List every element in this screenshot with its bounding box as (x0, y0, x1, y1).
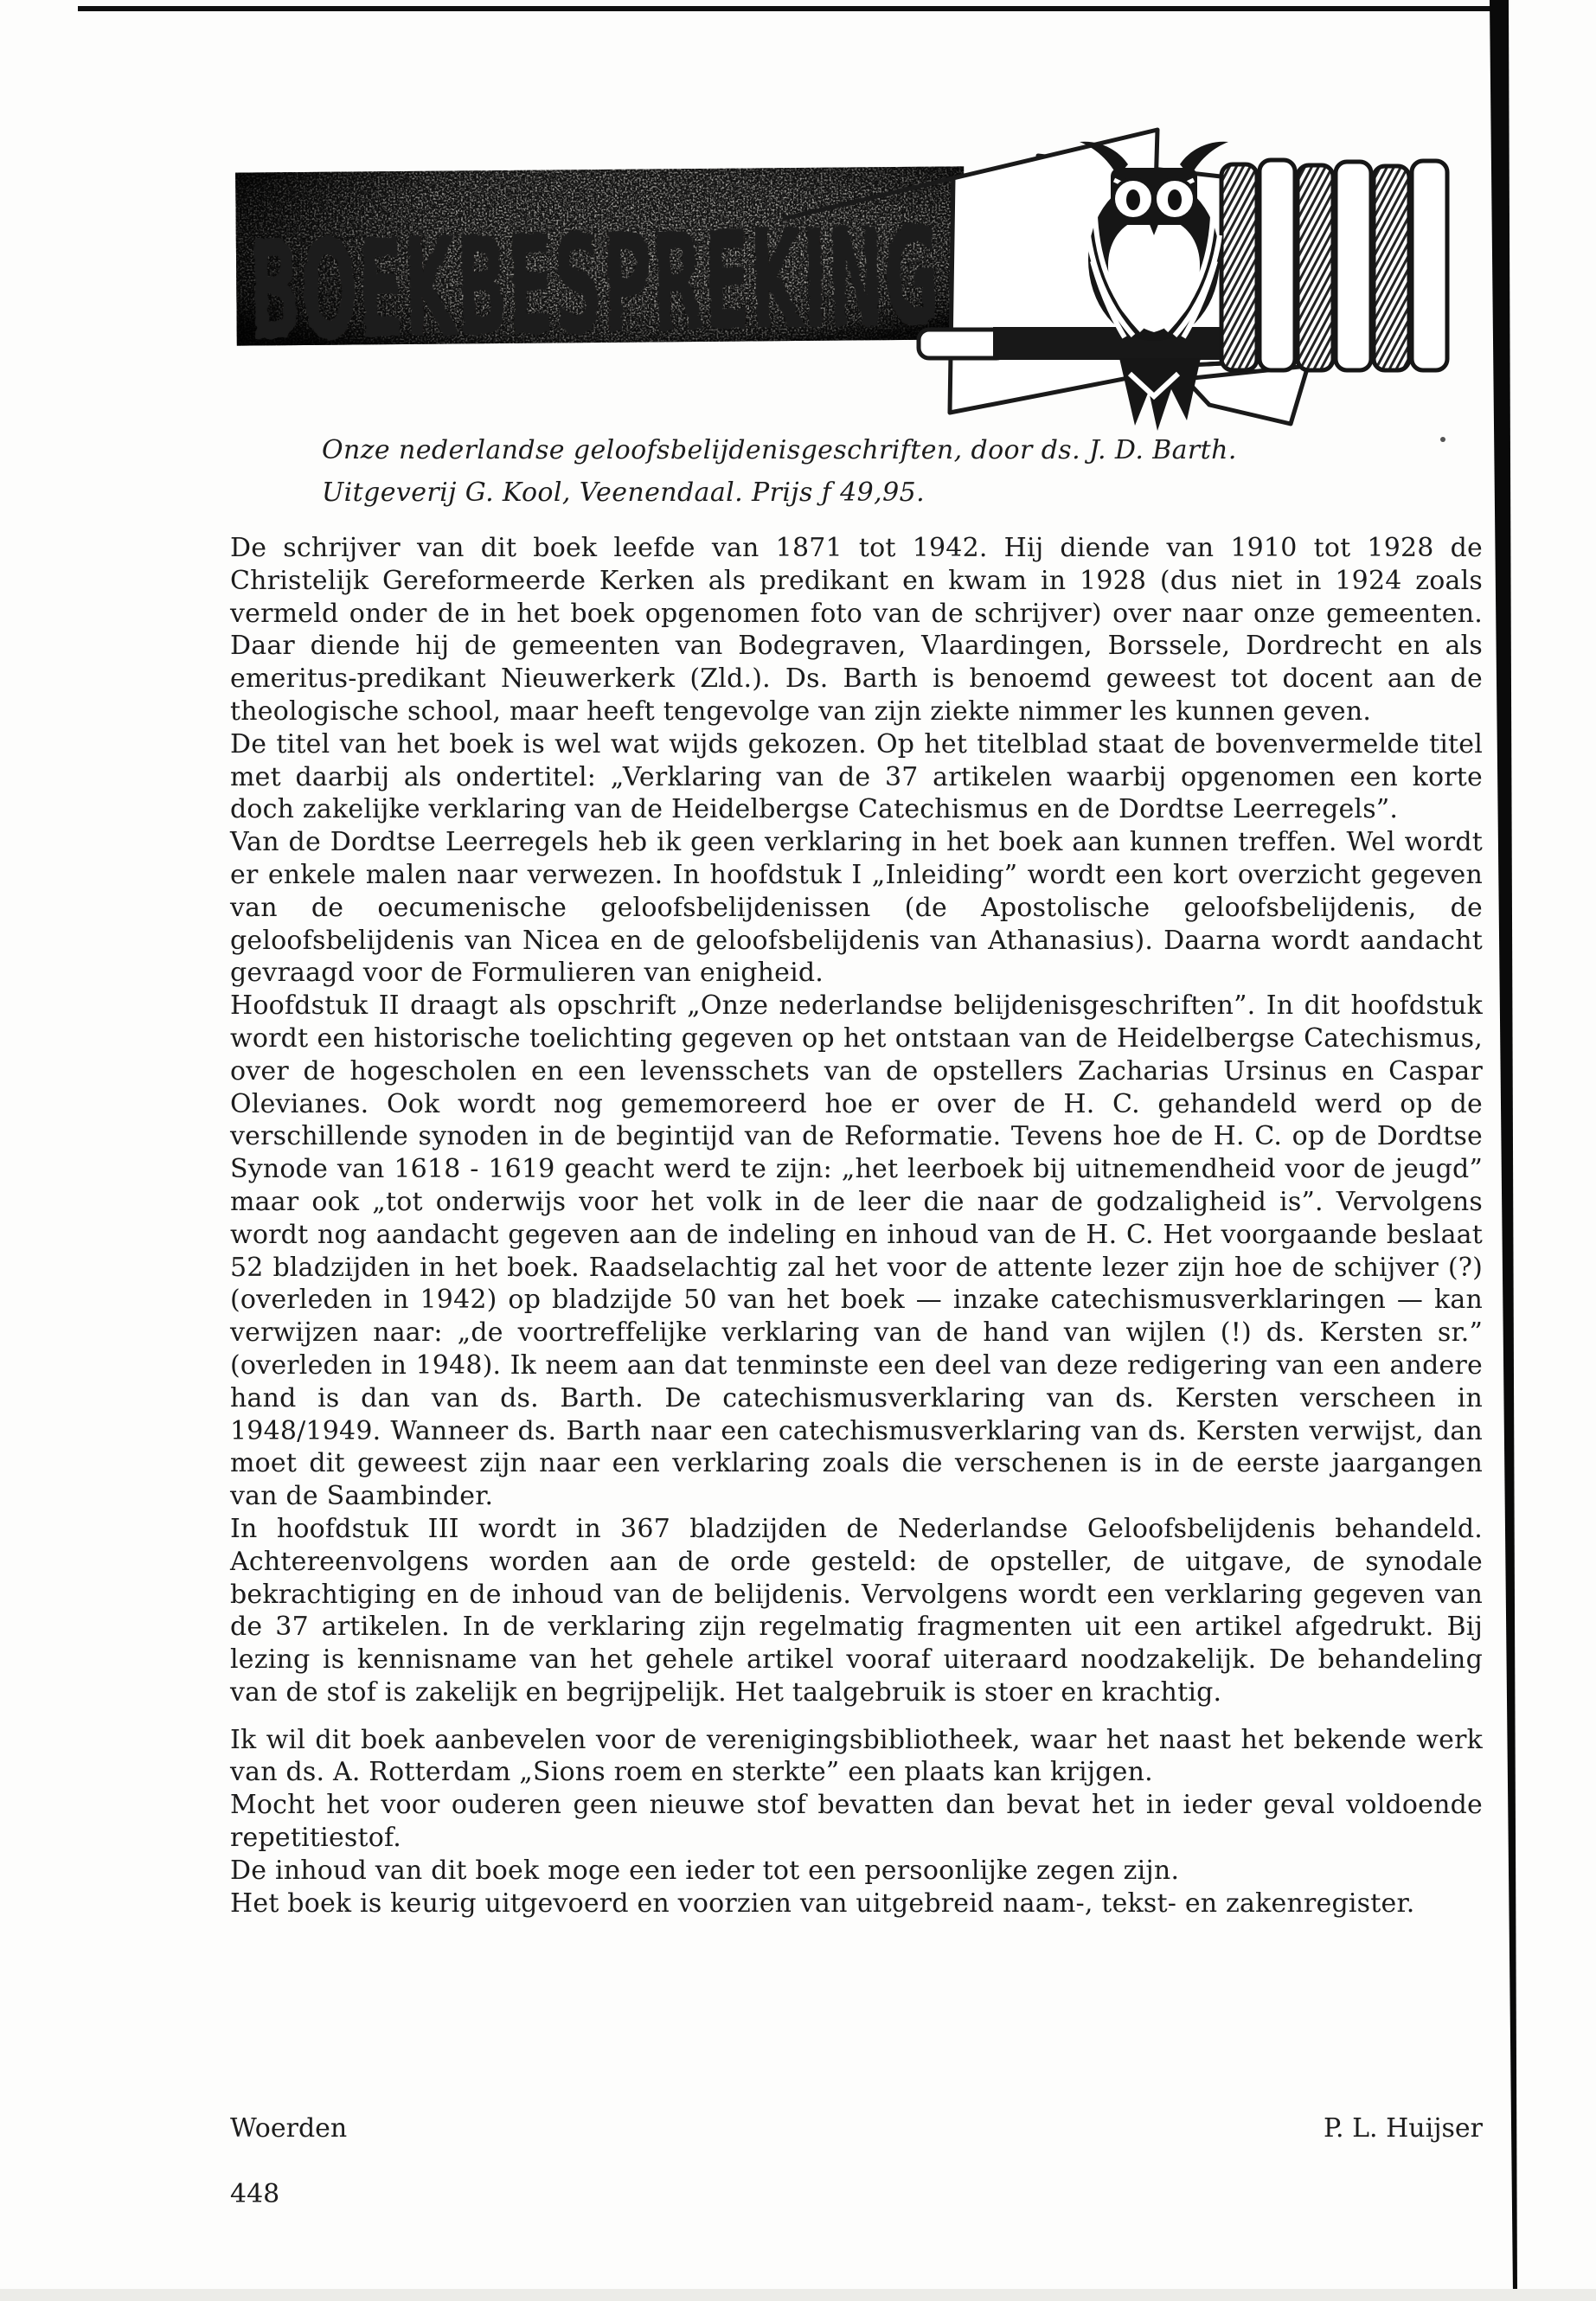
banner-plate: BOEKBESPREKING (235, 166, 965, 372)
book-spine (1336, 162, 1371, 370)
book-title-block: Onze nederlandse geloofsbelijdenisgeschr… (322, 429, 1360, 514)
book-spine (1298, 165, 1333, 370)
pen-icon (919, 327, 1272, 364)
book-spine (1259, 160, 1295, 370)
book-title-line2: Uitgeverij G. Kool, Veenendaal. Prijs ƒ … (322, 471, 1360, 514)
scanned-page: BOEKBESPREKING (0, 0, 1596, 2301)
review-paragraph: De inhoud van dit boek moge een ieder to… (230, 1855, 1483, 1888)
review-text: De schrijver van dit boek leefde van 187… (230, 532, 1483, 1920)
review-paragraph: Hoofdstuk II draagt als opschrift „Onze … (230, 990, 1483, 1513)
review-paragraph: De titel van het boek is wel wat wijds g… (230, 728, 1483, 826)
banner-title: BOEKBESPREKING (247, 197, 941, 372)
header-art: BOEKBESPREKING (0, 0, 1596, 484)
review-paragraph: Van de Dordtse Leerregels heb ik geen ve… (230, 826, 1483, 990)
review-paragraph: De schrijver van dit boek leefde van 187… (230, 532, 1483, 728)
book-spine (1221, 164, 1257, 370)
books-row-icon (1221, 160, 1447, 370)
book-spine (1374, 166, 1409, 370)
signature-reviewer: P. L. Huijser (1324, 2112, 1483, 2145)
signature-place: Woerden (230, 2112, 347, 2145)
page-number: 448 (230, 2178, 279, 2211)
review-paragraph: Mocht het voor ouderen geen nieuwe stof … (230, 1789, 1483, 1855)
book-title-line1: Onze nederlandse geloofsbelijdenisgeschr… (322, 429, 1360, 471)
review-paragraph: In hoofdstuk III wordt in 367 bladzijden… (230, 1513, 1483, 1709)
review-paragraph: Het boek is keurig uitgevoerd en voorzie… (230, 1888, 1483, 1920)
bottom-scan-edge (0, 2289, 1596, 2301)
signature-row: Woerden P. L. Huijser (230, 2112, 1483, 2145)
scan-speck (1440, 437, 1445, 442)
review-paragraph: Ik wil dit boek aanbevelen voor de veren… (230, 1724, 1483, 1790)
book-spine (1412, 161, 1447, 370)
